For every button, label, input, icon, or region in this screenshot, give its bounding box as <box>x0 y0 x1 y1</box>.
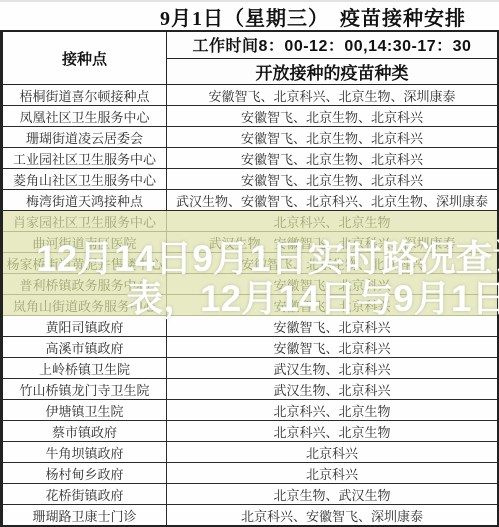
column-header-site: 接种点 <box>3 32 167 84</box>
table-row: 高溪市镇政府安徽智飞、北京科兴 <box>3 337 497 358</box>
table-row: 菱角山社区卫生服务中心安徽智飞、北京生物、北京科兴 <box>3 169 497 190</box>
site-cell: 牛角坝镇政府 <box>3 442 167 462</box>
vaccines-cell: 北京科兴、北京生物 <box>167 421 497 441</box>
site-cell: 竹山桥镇龙门寺卫生院 <box>3 379 167 399</box>
site-cell: 上岭桥镇卫生院 <box>3 358 167 378</box>
table-body: 梧桐街道喜尔顿接种点安徽智飞、北京科兴、北京生物、深圳康泰凤凰社区卫生服务中心安… <box>3 85 497 525</box>
site-cell: 凤凰社区卫生服务中心 <box>3 106 167 126</box>
vaccines-cell: 安徽智飞、北京生物、北京科兴 <box>167 106 497 126</box>
table-row: 牛角坝镇政府北京科兴 <box>3 442 497 463</box>
vaccines-cell: 武汉生物、北京科兴 <box>167 379 497 399</box>
site-cell: 珊瑚街道凌云居委会 <box>3 127 167 147</box>
vaccines-cell: 北京科兴、安徽智飞、深圳康泰 <box>167 505 497 525</box>
table-row: 梧桐街道喜尔顿接种点安徽智飞、北京科兴、北京生物、深圳康泰 <box>3 85 497 106</box>
table-row: 肖家园社区卫生服务中心北京科兴、北京生物 <box>3 211 497 232</box>
site-cell: 工业园社区卫生服务中心 <box>3 148 167 168</box>
vaccines-cell: 武汉生物、安徽智飞、北京科兴、北京生物、深圳康泰 <box>167 190 497 210</box>
table-row: 花桥街镇政府北京生物、武汉生物 <box>3 484 497 505</box>
site-cell: 伊塘镇卫生院 <box>3 400 167 420</box>
table-row: 珊瑚路卫康士门诊北京科兴、安徽智飞、深圳康泰 <box>3 505 497 525</box>
site-cell: 黄阳司镇政府 <box>3 316 167 336</box>
vaccines-cell: 北京科兴、北京生物 <box>167 211 497 231</box>
vaccines-cell: 安徽智飞、北京科兴、北京生物、深圳康泰 <box>167 85 497 105</box>
table-row: 黄阳司镇政府安徽智飞、北京科兴 <box>3 316 497 337</box>
vaccine-schedule-screenshot: 9月1日（星期三） 疫苗接种安排 接种点 工作时间8：00-12：00,14:3… <box>0 0 499 527</box>
column-header-right: 工作时间8：00-12：00,14:30-17：30 开放接种的疫苗种类 <box>167 32 497 84</box>
table-row: 工业园社区卫生服务中心安徽智飞、北京生物、北京科兴 <box>3 148 497 169</box>
site-cell: 肖家园社区卫生服务中心 <box>3 211 167 231</box>
site-cell: 蔡市镇政府 <box>3 421 167 441</box>
table-row: 杨村甸乡政府北京科兴 <box>3 463 497 484</box>
vaccines-cell: 安徽智飞、北京科兴 <box>167 337 497 357</box>
vaccines-cell: 安徽智飞、北京科兴 <box>167 274 497 294</box>
site-cell: 珊瑚路卫康士门诊 <box>3 505 167 525</box>
vaccines-cell: 北京科兴 <box>167 442 497 462</box>
vaccines-cell: 安徽智飞、北京生物、北京科兴 <box>167 169 497 189</box>
table-row: 上岭桥镇卫生院武汉生物、北京科兴 <box>3 358 497 379</box>
working-hours-label: 工作时间8：00-12：00,14:30-17：30 <box>167 32 497 59</box>
site-cell: 梧桐街道喜尔顿接种点 <box>3 85 167 105</box>
table-title-row: 9月1日（星期三） 疫苗接种安排 <box>0 2 499 30</box>
table-header: 接种点 工作时间8：00-12：00,14:30-17：30 开放接种的疫苗种类 <box>3 32 497 85</box>
site-cell: 梅湾街道天鸿接种点 <box>3 190 167 210</box>
site-cell: 杨家桥街道黄泥井售楼中心 <box>3 253 167 273</box>
table-row: 伊塘镇卫生院北京科兴、北京生物 <box>3 400 497 421</box>
site-cell: 杨村甸乡政府 <box>3 463 167 483</box>
site-cell: 菱角山社区卫生服务中心 <box>3 169 167 189</box>
site-cell: 高溪市镇政府 <box>3 337 167 357</box>
vaccines-cell: 安徽智飞、北京科兴 <box>167 316 497 336</box>
site-cell: 花桥街镇政府 <box>3 484 167 504</box>
table-row: 杨家桥街道黄泥井售楼中心安徽智飞、北京生物、北京科兴 <box>3 253 497 274</box>
vaccines-cell: 武汉生物、安徽智飞、北京科兴、深圳康泰 <box>167 232 497 252</box>
table-row: 梅湾街道天鸿接种点武汉生物、安徽智飞、北京科兴、北京生物、深圳康泰 <box>3 190 497 211</box>
table-row: 普利桥镇政务服务中心安徽智飞、北京科兴 <box>3 274 497 295</box>
vaccines-cell: 北京生物、武汉生物 <box>167 484 497 504</box>
table-row: 竹山桥镇龙门寺卫生院武汉生物、北京科兴 <box>3 379 497 400</box>
vaccines-cell: 安徽智飞、北京生物、北京科兴 <box>167 127 497 147</box>
site-cell: 岚角山街道政务服务中心 <box>3 295 167 315</box>
site-cell: 曲河街道南区医院 <box>3 232 167 252</box>
vaccines-cell: 安徽智飞、北京生物、北京科兴 <box>167 253 497 273</box>
column-header-vaccine-types: 开放接种的疫苗种类 <box>167 59 497 85</box>
site-cell: 普利桥镇政务服务中心 <box>3 274 167 294</box>
table-row: 曲河街道南区医院武汉生物、安徽智飞、北京科兴、深圳康泰 <box>3 232 497 253</box>
vaccines-cell: 北京科兴 <box>167 463 497 483</box>
vaccines-cell: 北京科兴、北京生物 <box>167 400 497 420</box>
vaccine-schedule-table: 接种点 工作时间8：00-12：00,14:30-17：30 开放接种的疫苗种类… <box>0 30 499 527</box>
table-row: 凤凰社区卫生服务中心安徽智飞、北京生物、北京科兴 <box>3 106 497 127</box>
table-row: 蔡市镇政府北京科兴、北京生物 <box>3 421 497 442</box>
table-row: 岚角山街道政务服务中心安徽智飞、北京科兴 <box>3 295 497 316</box>
vaccines-cell: 安徽智飞、北京生物、北京科兴 <box>167 148 497 168</box>
vaccines-cell: 武汉生物、北京科兴 <box>167 358 497 378</box>
vaccines-cell: 安徽智飞、北京科兴 <box>167 295 497 315</box>
page-title: 9月1日（星期三） 疫苗接种安排 <box>160 2 466 31</box>
table-row: 珊瑚街道凌云居委会安徽智飞、北京生物、北京科兴 <box>3 127 497 148</box>
